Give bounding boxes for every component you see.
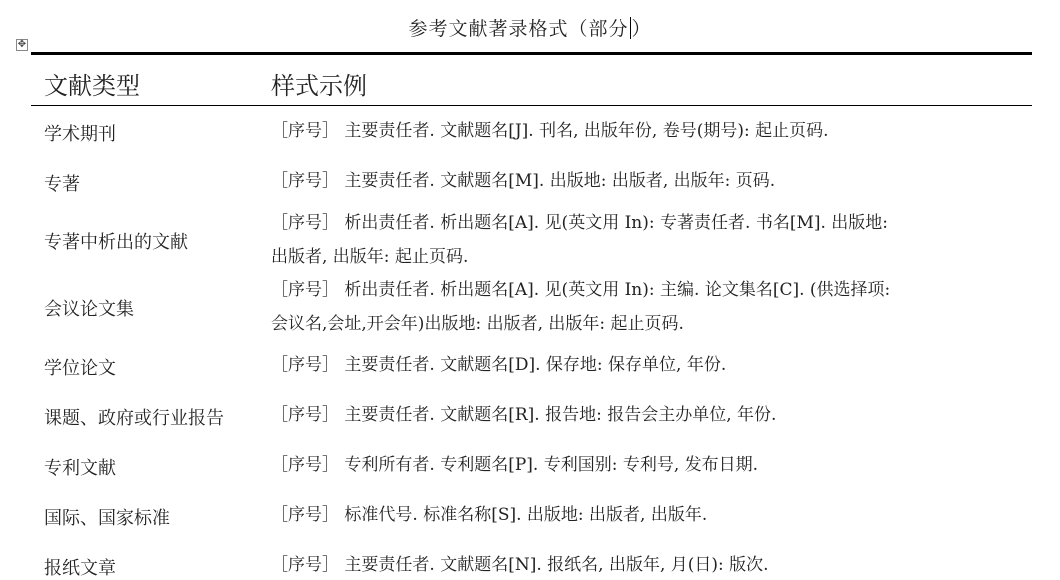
format-line: ［序号］ 析出责任者. 析出题名[A]. 见(英文用 In): 主编. 论文集名… [271,273,1031,307]
title-text: 参考文献著录格式（部分 [408,18,628,40]
row-type: 学术期刊 [44,120,116,146]
format-line: ［序号］ 专利所有者. 专利题名[P]. 专利国别: 专利号, 发布日期. [271,448,1031,482]
table-header-border [31,105,1032,106]
row-type: 国际、国家标准 [44,504,170,530]
row-type: 学位论文 [44,354,116,380]
format-line: ［序号］ 主要责任者. 文献题名[J]. 刊名, 出版年份, 卷号(期号): 起… [271,114,1031,148]
row-format: ［序号］ 析出责任者. 析出题名[A]. 见(英文用 In): 专著责任者. 书… [271,206,1031,274]
row-type: 专利文献 [44,454,116,480]
format-line: ［序号］ 析出责任者. 析出题名[A]. 见(英文用 In): 专著责任者. 书… [271,206,1031,240]
row-format: ［序号］ 主要责任者. 文献题名[M]. 出版地: 出版者, 出版年: 页码. [271,164,1031,198]
row-format: ［序号］ 主要责任者. 文献题名[D]. 保存地: 保存单位, 年份. [271,348,1031,382]
row-type: 专著 [44,170,80,196]
row-format: ［序号］ 标准代号. 标准名称[S]. 出版地: 出版者, 出版年. [271,498,1031,532]
format-line: 出版者, 出版年: 起止页码. [271,240,1031,274]
row-type: 专著中析出的文献 [44,228,188,254]
table-move-handle-icon[interactable]: ✥ [16,39,28,51]
column-header-type: 文献类型 [44,66,140,101]
format-line: ［序号］ 主要责任者. 文献题名[M]. 出版地: 出版者, 出版年: 页码. [271,164,1031,198]
document-title[interactable]: 参考文献著录格式（部分） [0,14,1060,41]
row-format: ［序号］ 主要责任者. 文献题名[R]. 报告地: 报告会主办单位, 年份. [271,398,1031,432]
row-format: ［序号］ 析出责任者. 析出题名[A]. 见(英文用 In): 主编. 论文集名… [271,273,1031,341]
row-type: 会议论文集 [44,295,134,321]
format-line: ［序号］ 主要责任者. 文献题名[R]. 报告地: 报告会主办单位, 年份. [271,398,1031,432]
format-line: ［序号］ 主要责任者. 文献题名[N]. 报纸名, 出版年, 月(日): 版次. [271,548,1031,580]
format-line: ［序号］ 标准代号. 标准名称[S]. 出版地: 出版者, 出版年. [271,498,1031,532]
title-closing-paren: ） [632,18,652,40]
format-line: ［序号］ 主要责任者. 文献题名[D]. 保存地: 保存单位, 年份. [271,348,1031,382]
text-cursor [630,17,631,39]
table-top-border [31,52,1032,55]
column-header-format: 样式示例 [271,66,367,101]
row-type: 报纸文章 [44,554,116,580]
row-format: ［序号］ 主要责任者. 文献题名[N]. 报纸名, 出版年, 月(日): 版次. [271,548,1031,580]
format-line: 会议名,会址,开会年)出版地: 出版者, 出版年: 起止页码. [271,307,1031,341]
row-format: ［序号］ 专利所有者. 专利题名[P]. 专利国别: 专利号, 发布日期. [271,448,1031,482]
row-format: ［序号］ 主要责任者. 文献题名[J]. 刊名, 出版年份, 卷号(期号): 起… [271,114,1031,148]
row-type: 课题、政府或行业报告 [44,404,224,430]
